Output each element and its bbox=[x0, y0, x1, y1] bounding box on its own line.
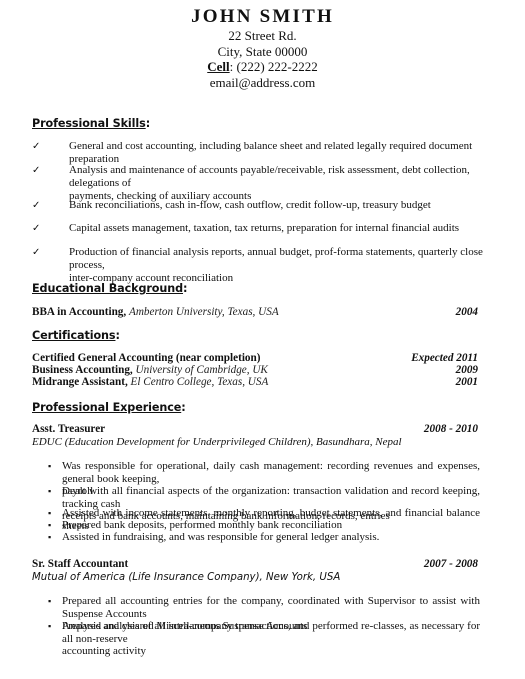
bullet-line: Prepared bank deposits, performed monthl… bbox=[62, 519, 480, 532]
bullet-text: Assisted in fundraising, and was respons… bbox=[62, 531, 480, 544]
square-bullet-icon: ▪ bbox=[48, 531, 51, 544]
job-title: Sr. Staff Accountant bbox=[32, 558, 128, 570]
job-organization: Mutual of America (Life Insurance Compan… bbox=[32, 572, 340, 583]
square-bullet-icon: ▪ bbox=[48, 595, 51, 608]
bullet-line: Prepared analysis of all intra-company t… bbox=[62, 620, 480, 645]
job-header: Sr. Staff Accountant 2007 - 2008 bbox=[32, 558, 478, 571]
institution: El Centro College, Texas, USA bbox=[131, 376, 269, 388]
education-detail: BBA in Accounting, Amberton University, … bbox=[32, 306, 279, 318]
section-title-text: Professional Skills bbox=[32, 117, 146, 130]
square-bullet-icon: ▪ bbox=[48, 507, 51, 520]
certification-detail: Business Accounting, University of Cambr… bbox=[32, 364, 268, 376]
skill-line: Capital assets management, taxation, tax… bbox=[69, 222, 502, 235]
section-title-text: Professional Experience bbox=[32, 401, 181, 414]
job-header: Asst. Treasurer 2008 - 2010 bbox=[32, 423, 478, 436]
colon: : bbox=[146, 117, 150, 130]
job-dates: 2007 - 2008 bbox=[424, 558, 478, 571]
section-title-skills: Professional Skills: bbox=[32, 117, 150, 130]
skill-text: Production of financial analysis reports… bbox=[69, 246, 502, 285]
skill-text: Capital assets management, taxation, tax… bbox=[69, 222, 502, 235]
section-title-experience: Professional Experience: bbox=[32, 401, 186, 414]
section-title-text: Educational Background bbox=[32, 282, 183, 295]
skill-line: Production of financial analysis reports… bbox=[69, 246, 502, 272]
job-dates: 2008 - 2010 bbox=[424, 423, 478, 436]
checkmark-icon: ✓ bbox=[32, 246, 46, 259]
checkmark-icon: ✓ bbox=[32, 199, 46, 212]
certification-name: Midrange Assistant bbox=[32, 376, 125, 388]
street-address: 22 Street Rd. bbox=[0, 28, 525, 44]
square-bullet-icon: ▪ bbox=[48, 620, 51, 633]
square-bullet-icon: ▪ bbox=[48, 460, 51, 473]
bullet-line: accounting activity bbox=[62, 645, 480, 658]
cell-label: Cell bbox=[207, 59, 229, 74]
skill-line: Analysis and maintenance of accounts pay… bbox=[69, 164, 502, 190]
certification-year: 2001 bbox=[456, 376, 478, 389]
square-bullet-icon: ▪ bbox=[48, 519, 51, 532]
skill-text: General and cost accounting, including b… bbox=[69, 140, 502, 166]
section-title-text: Certifications bbox=[32, 329, 115, 342]
certification-detail: Midrange Assistant, El Centro College, T… bbox=[32, 376, 268, 388]
checkmark-icon: ✓ bbox=[32, 164, 46, 177]
skill-line: Bank reconciliations, cash in-flow, cash… bbox=[69, 199, 502, 212]
colon: : bbox=[183, 282, 187, 295]
certification-entry: Midrange Assistant, El Centro College, T… bbox=[32, 376, 478, 389]
section-title-certifications: Certifications: bbox=[32, 329, 120, 342]
colon: : bbox=[115, 329, 119, 342]
checkmark-icon: ✓ bbox=[32, 140, 46, 153]
candidate-name: JOHN SMITH bbox=[0, 6, 525, 28]
resume-header: JOHN SMITH 22 Street Rd. City, State 000… bbox=[0, 6, 525, 90]
cell-phone: Cell: (222) 222-2222 bbox=[0, 59, 525, 75]
bullet-line: Was responsible for operational, daily c… bbox=[62, 460, 480, 485]
city-state: City, State 00000 bbox=[0, 44, 525, 60]
bullet-line: Assisted in fundraising, and was respons… bbox=[62, 531, 480, 544]
skill-line: General and cost accounting, including b… bbox=[69, 140, 502, 166]
education-entry: BBA in Accounting, Amberton University, … bbox=[32, 306, 478, 319]
resume-page: JOHN SMITH 22 Street Rd. City, State 000… bbox=[0, 0, 525, 679]
degree: BBA in Accounting bbox=[32, 306, 123, 318]
institution: University of Cambridge, UK bbox=[136, 364, 268, 376]
skill-text: Bank reconciliations, cash in-flow, cash… bbox=[69, 199, 502, 212]
bullet-text: Prepared analysis of all intra-company t… bbox=[62, 620, 480, 658]
skill-text: Analysis and maintenance of accounts pay… bbox=[69, 164, 502, 203]
checkmark-icon: ✓ bbox=[32, 222, 46, 235]
institution: Amberton University, Texas, USA bbox=[129, 306, 279, 318]
certification-name: Certified General Accounting (near compl… bbox=[32, 352, 260, 364]
education-year: 2004 bbox=[456, 306, 478, 319]
bullet-line: Prepared all accounting entries for the … bbox=[62, 595, 480, 620]
certification-name: Business Accounting bbox=[32, 364, 130, 376]
section-title-education: Educational Background: bbox=[32, 282, 187, 295]
job-organization: EDUC (Education Development for Underpri… bbox=[32, 436, 402, 448]
cell-number: : (222) 222-2222 bbox=[230, 59, 318, 74]
bullet-text: Prepared bank deposits, performed monthl… bbox=[62, 519, 480, 532]
job-title: Asst. Treasurer bbox=[32, 423, 105, 435]
email-address[interactable]: email@address.com bbox=[0, 75, 525, 91]
certification-detail: Certified General Accounting (near compl… bbox=[32, 352, 260, 364]
square-bullet-icon: ▪ bbox=[48, 485, 51, 498]
colon: : bbox=[181, 401, 185, 414]
